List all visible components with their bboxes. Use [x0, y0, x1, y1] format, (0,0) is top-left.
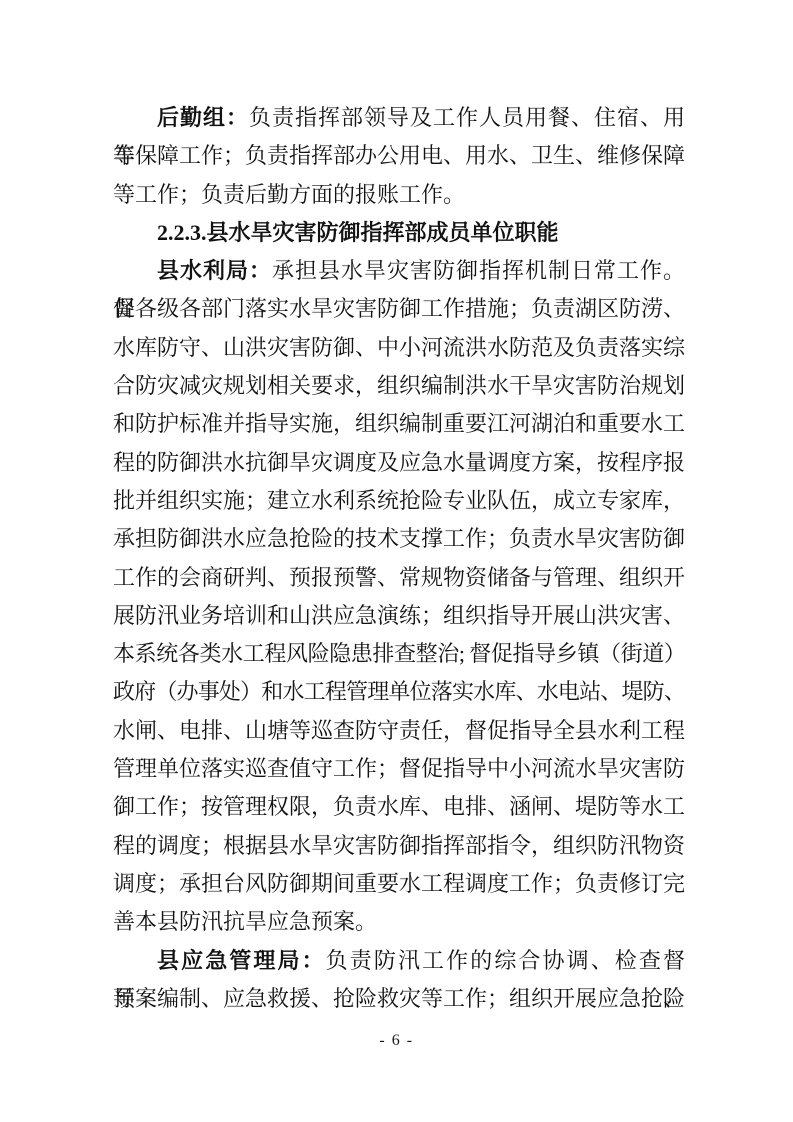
emphasis-text: 县水利局： — [157, 258, 272, 283]
document-line: 展防汛业务培训和山洪应急演练；组织指导开展山洪灾害、 — [113, 597, 685, 635]
body-text: 御工作；按管理权限，负责水库、电排、涵闸、堤防等水工 — [113, 794, 685, 819]
document-line: 御工作；按管理权限，负责水库、电排、涵闸、堤防等水工 — [113, 788, 685, 826]
emphasis-text: 县应急管理局： — [157, 948, 326, 973]
body-text: 等工作；负责后勤方面的报账工作。 — [113, 182, 465, 207]
document-body: 后勤组：负责指挥部领导及工作人员用餐、住宿、用车等保障工作；负责指挥部办公用电、… — [113, 99, 685, 1018]
document-line: 合防灾减灾规划相关要求，组织编制洪水干旱灾害防治规划 — [113, 367, 685, 405]
document-line: 管理单位落实巡查值守工作；督促指导中小河流水旱灾害防 — [113, 750, 685, 788]
document-line: 水库防守、山洪灾害防御、中小河流洪水防范及负责落实综 — [113, 329, 685, 367]
body-text: 本系统各类水工程风险隐患排查整治; 督促指导乡镇（街道） — [113, 641, 685, 666]
body-text: 和防护标准并指导实施，组织编制重要江河湖泊和重要水工 — [113, 411, 685, 436]
document-line: 程的防御洪水抗御旱灾调度及应急水量调度方案，按程序报 — [113, 444, 685, 482]
document-line: 促各级各部门落实水旱灾害防御工作措施；负责湖区防涝、 — [113, 290, 685, 328]
body-text: 管理单位落实巡查值守工作；督促指导中小河流水旱灾害防 — [113, 756, 685, 781]
body-text: 承担防御洪水应急抢险的技术支撑工作；负责水旱灾害防御 — [113, 526, 685, 551]
document-line: 县水利局：承担县水旱灾害防御指挥机制日常工作。督 — [113, 252, 685, 290]
document-line: 承担防御洪水应急抢险的技术支撑工作；负责水旱灾害防御 — [113, 520, 685, 558]
body-text: 促各级各部门落实水旱灾害防御工作措施；负责湖区防涝、 — [113, 296, 685, 321]
page-number: - 6 - — [0, 1032, 793, 1050]
body-text: 工作的会商研判、预报预警、常规物资储备与管理、组织开 — [113, 565, 685, 590]
document-line: 政府（办事处）和水工程管理单位落实水库、水电站、堤防、 — [113, 673, 685, 711]
body-text: 预案编制、应急救援、抢险救灾等工作；组织开展应急抢险 — [113, 986, 685, 1011]
body-text: 调度；承担台风防御期间重要水工程调度工作；负责修订完 — [113, 871, 685, 896]
document-line: 等保障工作；负责指挥部办公用电、用水、卫生、维修保障 — [113, 137, 685, 175]
body-text: 程的防御洪水抗御旱灾调度及应急水量调度方案，按程序报 — [113, 450, 685, 475]
document-line: 后勤组：负责指挥部领导及工作人员用餐、住宿、用车 — [113, 99, 685, 137]
document-line: 县应急管理局：负责防汛工作的综合协调、检查督导、 — [113, 942, 685, 980]
document-line: 预案编制、应急救援、抢险救灾等工作；组织开展应急抢险 — [113, 980, 685, 1018]
document-line: 程的调度；根据县水旱灾害防御指挥部指令，组织防汛物资 — [113, 827, 685, 865]
body-text: 程的调度；根据县水旱灾害防御指挥部指令，组织防汛物资 — [113, 833, 685, 858]
body-text: 水闸、电排、山塘等巡查防守责任，督促指导全县水利工程 — [113, 718, 685, 743]
emphasis-text: 2.2.3.县水旱灾害防御指挥部成员单位职能 — [157, 220, 559, 245]
body-text: 政府（办事处）和水工程管理单位落实水库、水电站、堤防、 — [113, 679, 685, 704]
document-line: 等工作；负责后勤方面的报账工作。 — [113, 176, 685, 214]
heading-line: 2.2.3.县水旱灾害防御指挥部成员单位职能 — [113, 214, 685, 252]
document-line: 水闸、电排、山塘等巡查防守责任，督促指导全县水利工程 — [113, 712, 685, 750]
emphasis-text: 后勤组： — [157, 105, 249, 130]
document-line: 善本县防汛抗旱应急预案。 — [113, 903, 685, 941]
document-line: 本系统各类水工程风险隐患排查整治; 督促指导乡镇（街道） — [113, 635, 685, 673]
document-page: 后勤组：负责指挥部领导及工作人员用餐、住宿、用车等保障工作；负责指挥部办公用电、… — [0, 0, 793, 1122]
document-line: 调度；承担台风防御期间重要水工程调度工作；负责修订完 — [113, 865, 685, 903]
document-line: 和防护标准并指导实施，组织编制重要江河湖泊和重要水工 — [113, 405, 685, 443]
document-line: 批并组织实施；建立水利系统抢险专业队伍，成立专家库， — [113, 482, 685, 520]
body-text: 展防汛业务培训和山洪应急演练；组织指导开展山洪灾害、 — [113, 603, 685, 628]
body-text: 善本县防汛抗旱应急预案。 — [113, 909, 377, 934]
body-text: 等保障工作；负责指挥部办公用电、用水、卫生、维修保障 — [113, 143, 685, 168]
body-text: 水库防守、山洪灾害防御、中小河流洪水防范及负责落实综 — [113, 335, 685, 360]
body-text: 合防灾减灾规划相关要求，组织编制洪水干旱灾害防治规划 — [113, 373, 685, 398]
document-line: 工作的会商研判、预报预警、常规物资储备与管理、组织开 — [113, 559, 685, 597]
body-text: 批并组织实施；建立水利系统抢险专业队伍，成立专家库， — [113, 488, 685, 513]
